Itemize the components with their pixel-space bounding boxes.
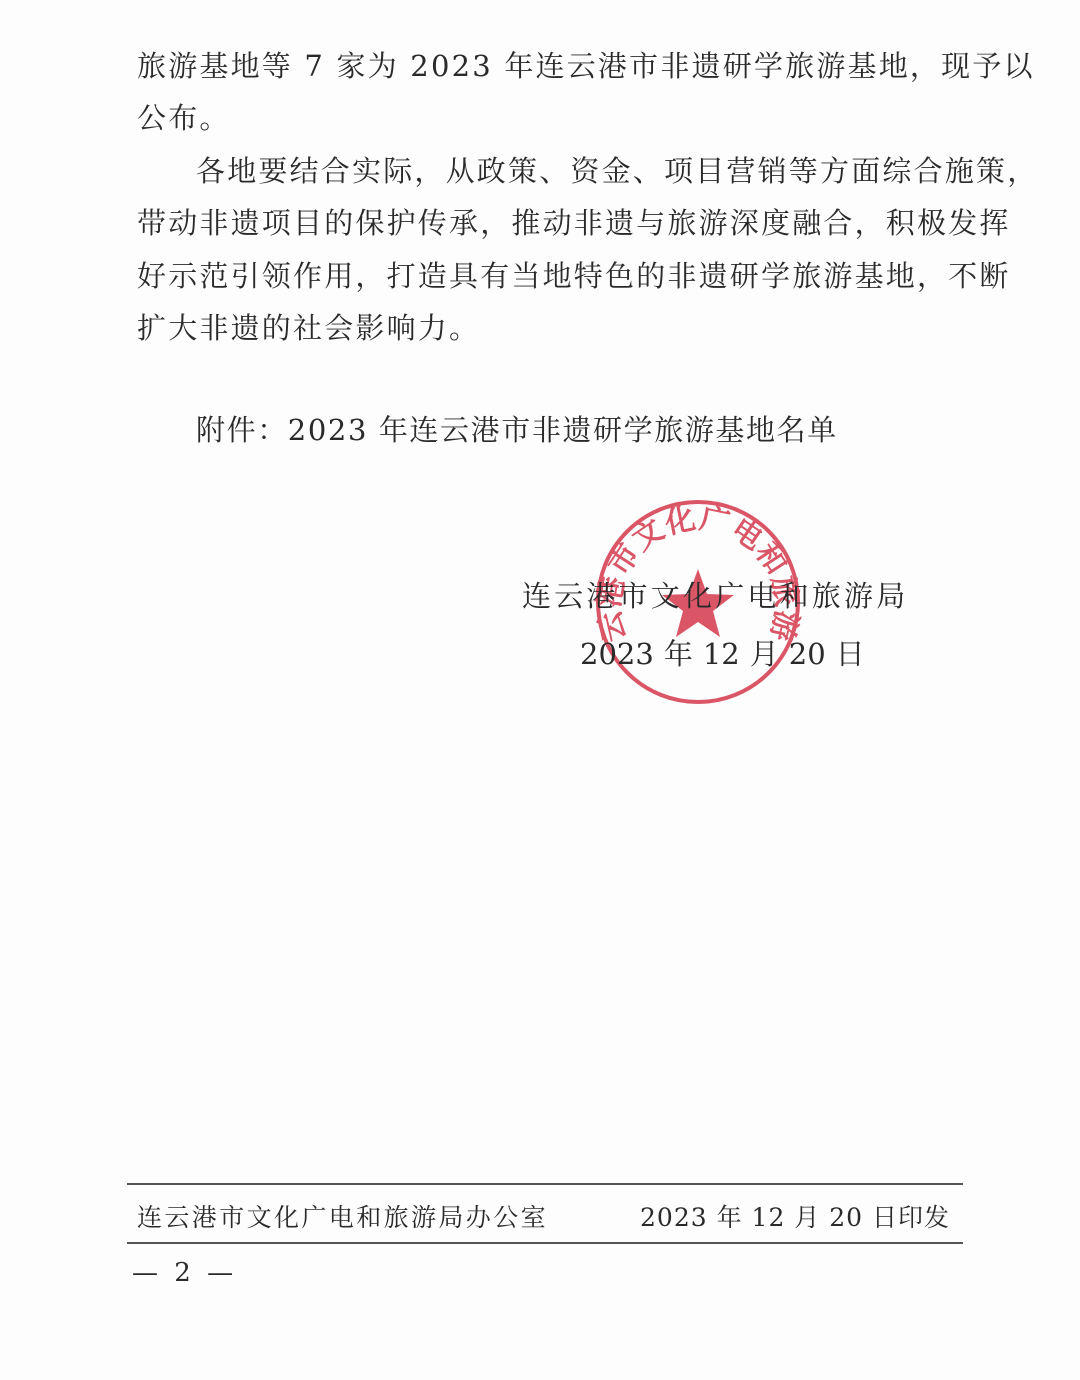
- paragraph-2-line-2: 带动非遗项目的保护传承，推动非遗与旅游深度融合，积极发挥: [137, 203, 955, 243]
- signature-date-year-unit: 年: [664, 637, 693, 671]
- footer-issuer: 连云港市文化广电和旅游局办公室: [137, 1201, 548, 1235]
- signature-organization: 连云港市文化广电和旅游局: [522, 576, 908, 616]
- paragraph-2-line-1: 各地要结合实际，从政策、资金、项目营销等方面综合施策，: [196, 151, 955, 191]
- signature-date-year: 2023: [580, 637, 654, 671]
- paragraph-2-line-3: 好示范引领作用，打造具有当地特色的非遗研学旅游基地，不断: [137, 256, 955, 296]
- paragraph-1-line-2: 公布。: [137, 98, 957, 138]
- page-number: — 2 —: [132, 1256, 237, 1290]
- signature-date-month-unit: 月: [750, 637, 779, 671]
- signature-date-day-unit: 日: [836, 637, 865, 671]
- signature-date: 2023年12月20日: [580, 634, 875, 674]
- footer-issue-date: 2023 年 12 月 20 日印发: [640, 1201, 950, 1235]
- signature-date-day: 20: [789, 637, 826, 671]
- attachment-line: 附件：2023 年连云港市非遗研学旅游基地名单: [196, 410, 838, 450]
- paragraph-1-line-1: 旅游基地等 7 家为 2023 年连云港市非遗研学旅游基地，现予以: [137, 46, 955, 86]
- document-page: 旅游基地等 7 家为 2023 年连云港市非遗研学旅游基地，现予以 公布。 各地…: [0, 0, 1080, 1380]
- signature-date-month: 12: [703, 637, 740, 671]
- footer-top-rule: [127, 1183, 963, 1185]
- footer-bottom-rule: [127, 1242, 963, 1244]
- paragraph-2-line-4: 扩大非遗的社会影响力。: [137, 308, 957, 348]
